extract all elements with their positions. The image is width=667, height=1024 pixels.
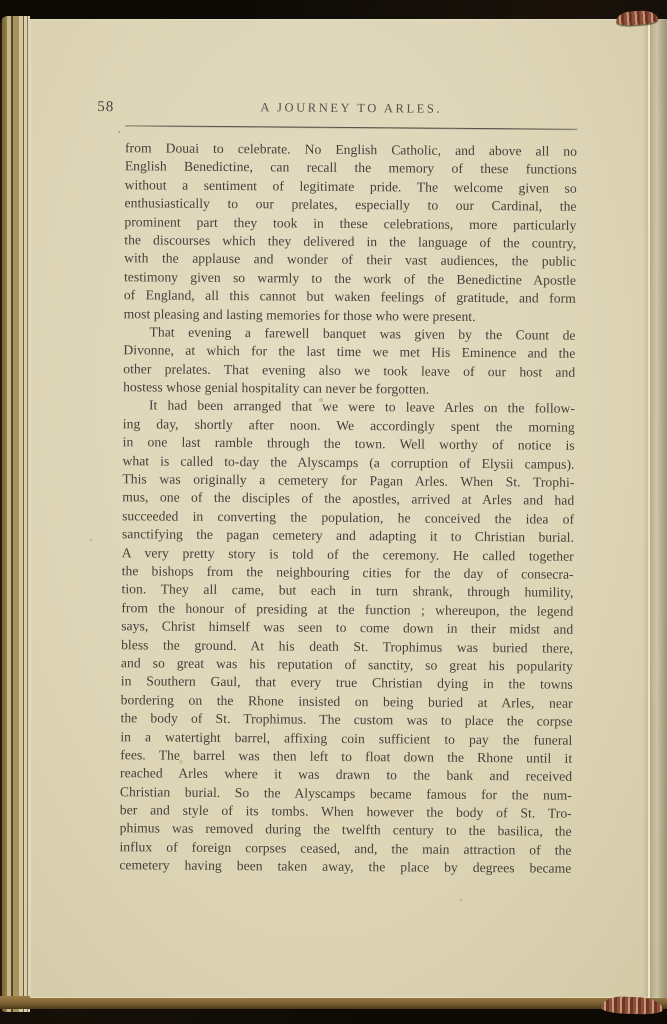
page-crease	[648, 19, 650, 998]
text-line: cemetery having been taken away, the pla…	[119, 856, 571, 878]
page-edges-left	[0, 16, 30, 1012]
page-text: from Douai to celebrate. No English Cath…	[119, 139, 577, 878]
running-title: A JOURNEY TO ARLES.	[125, 99, 577, 118]
printed-content: 58 A JOURNEY TO ARLES. from Douai to cel…	[119, 17, 578, 878]
page-header: 58 A JOURNEY TO ARLES.	[125, 99, 577, 123]
page-curl-shadow	[650, 19, 667, 998]
page-number: 58	[97, 99, 114, 116]
header-rule	[125, 125, 577, 130]
book-photo: 58 A JOURNEY TO ARLES. from Douai to cel…	[0, 0, 667, 1024]
book-page: 58 A JOURNEY TO ARLES. from Douai to cel…	[30, 19, 667, 998]
